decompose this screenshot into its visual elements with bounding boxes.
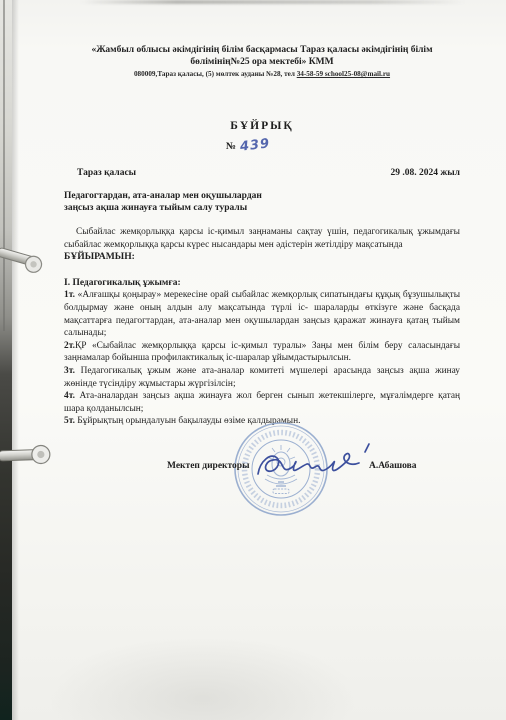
- resolve-word: БҰЙЫРАМЫН:: [64, 251, 460, 264]
- organization-header: «Жамбыл облысы әкімдігінің білім басқарм…: [64, 44, 460, 68]
- handwritten-number: 439: [239, 136, 271, 155]
- item-text: Ата-аналардан заңсыз ақша жинауға жол бе…: [64, 391, 460, 414]
- subject-line1: Педагогтардан, ата-аналар мен оқушыларда…: [64, 190, 460, 202]
- document-title: БҰЙРЫҚ: [64, 120, 460, 132]
- item-number: 1т.: [64, 290, 75, 300]
- address-contact: 34-58-59 school25-08@mail.ru: [297, 70, 390, 78]
- item-text: «Алғашқы қоңырау» мерекесіне орай сыбайл…: [64, 290, 460, 338]
- scan-left-edge-line: [3, 0, 5, 331]
- order-item-1: 1т. «Алғашқы қоңырау» мерекесіне орай сы…: [64, 289, 460, 339]
- item-number: 3т.: [64, 366, 75, 376]
- order-items: 1т. «Алғашқы қоңырау» мерекесіне орай сы…: [64, 289, 460, 428]
- organization-address: 080009,Тараз қаласы, (5) мөлтек ауданы №…: [64, 70, 460, 78]
- item-number: 5т.: [64, 416, 75, 426]
- order-item-3: 3т. Педагогикалық ұжым және ата-аналар к…: [64, 365, 460, 390]
- preamble-paragraph: Сыбайлас жемқорлыққа қарсы іс-қимыл заңн…: [64, 226, 460, 251]
- number-label: №: [226, 141, 236, 152]
- signature-role: Мектеп директоры: [167, 461, 250, 471]
- scan-left-edge: [0, 0, 12, 720]
- order-item-2: 2т.ҚР «Сыбайлас жемқорлыққа қарсы іс-қим…: [64, 340, 460, 365]
- scanned-order-document: «Жамбыл облысы әкімдігінің білім басқарм…: [0, 0, 506, 720]
- binder-ring-icon: [0, 437, 55, 481]
- item-text: Педагогикалық ұжым және ата-аналар комит…: [64, 366, 460, 389]
- document-body: «Жамбыл облысы әкімдігінің білім басқарм…: [64, 0, 460, 428]
- subject-line2: заңсыз ақша жинауға тыйым салу туралы: [64, 202, 460, 214]
- item-number: 2т.: [64, 341, 75, 351]
- signature-name: А.Абашова: [369, 461, 417, 471]
- city-date-row: Тараз қаласы 29 .08. 2024 жыл: [64, 168, 460, 178]
- item-text: ҚР «Сыбайлас жемқорлыққа қарсы іс-қимыл …: [64, 341, 460, 364]
- address-text: 080009,Тараз қаласы, (5) мөлтек ауданы №…: [134, 70, 297, 78]
- org-name-line2: бөлімінің№25 ора мектебі» КММ: [64, 56, 460, 68]
- scan-left-edge-shadow: [12, 0, 19, 720]
- section-heading: I. Педагогикалық ұжымға:: [64, 277, 460, 290]
- order-subject: Педагогтардан, ата-аналар мен оқушыларда…: [64, 190, 460, 214]
- order-item-4: 4т. Ата-аналардан заңсыз ақша жинауға жо…: [64, 390, 460, 415]
- org-name-line1: «Жамбыл облысы әкімдігінің білім басқарм…: [64, 44, 460, 56]
- date-label: 29 .08. 2024 жыл: [390, 168, 460, 178]
- item-number: 4т.: [64, 391, 75, 401]
- city-label: Тараз қаласы: [77, 168, 136, 178]
- order-number: №439: [50, 138, 446, 153]
- director-signature: [249, 438, 385, 494]
